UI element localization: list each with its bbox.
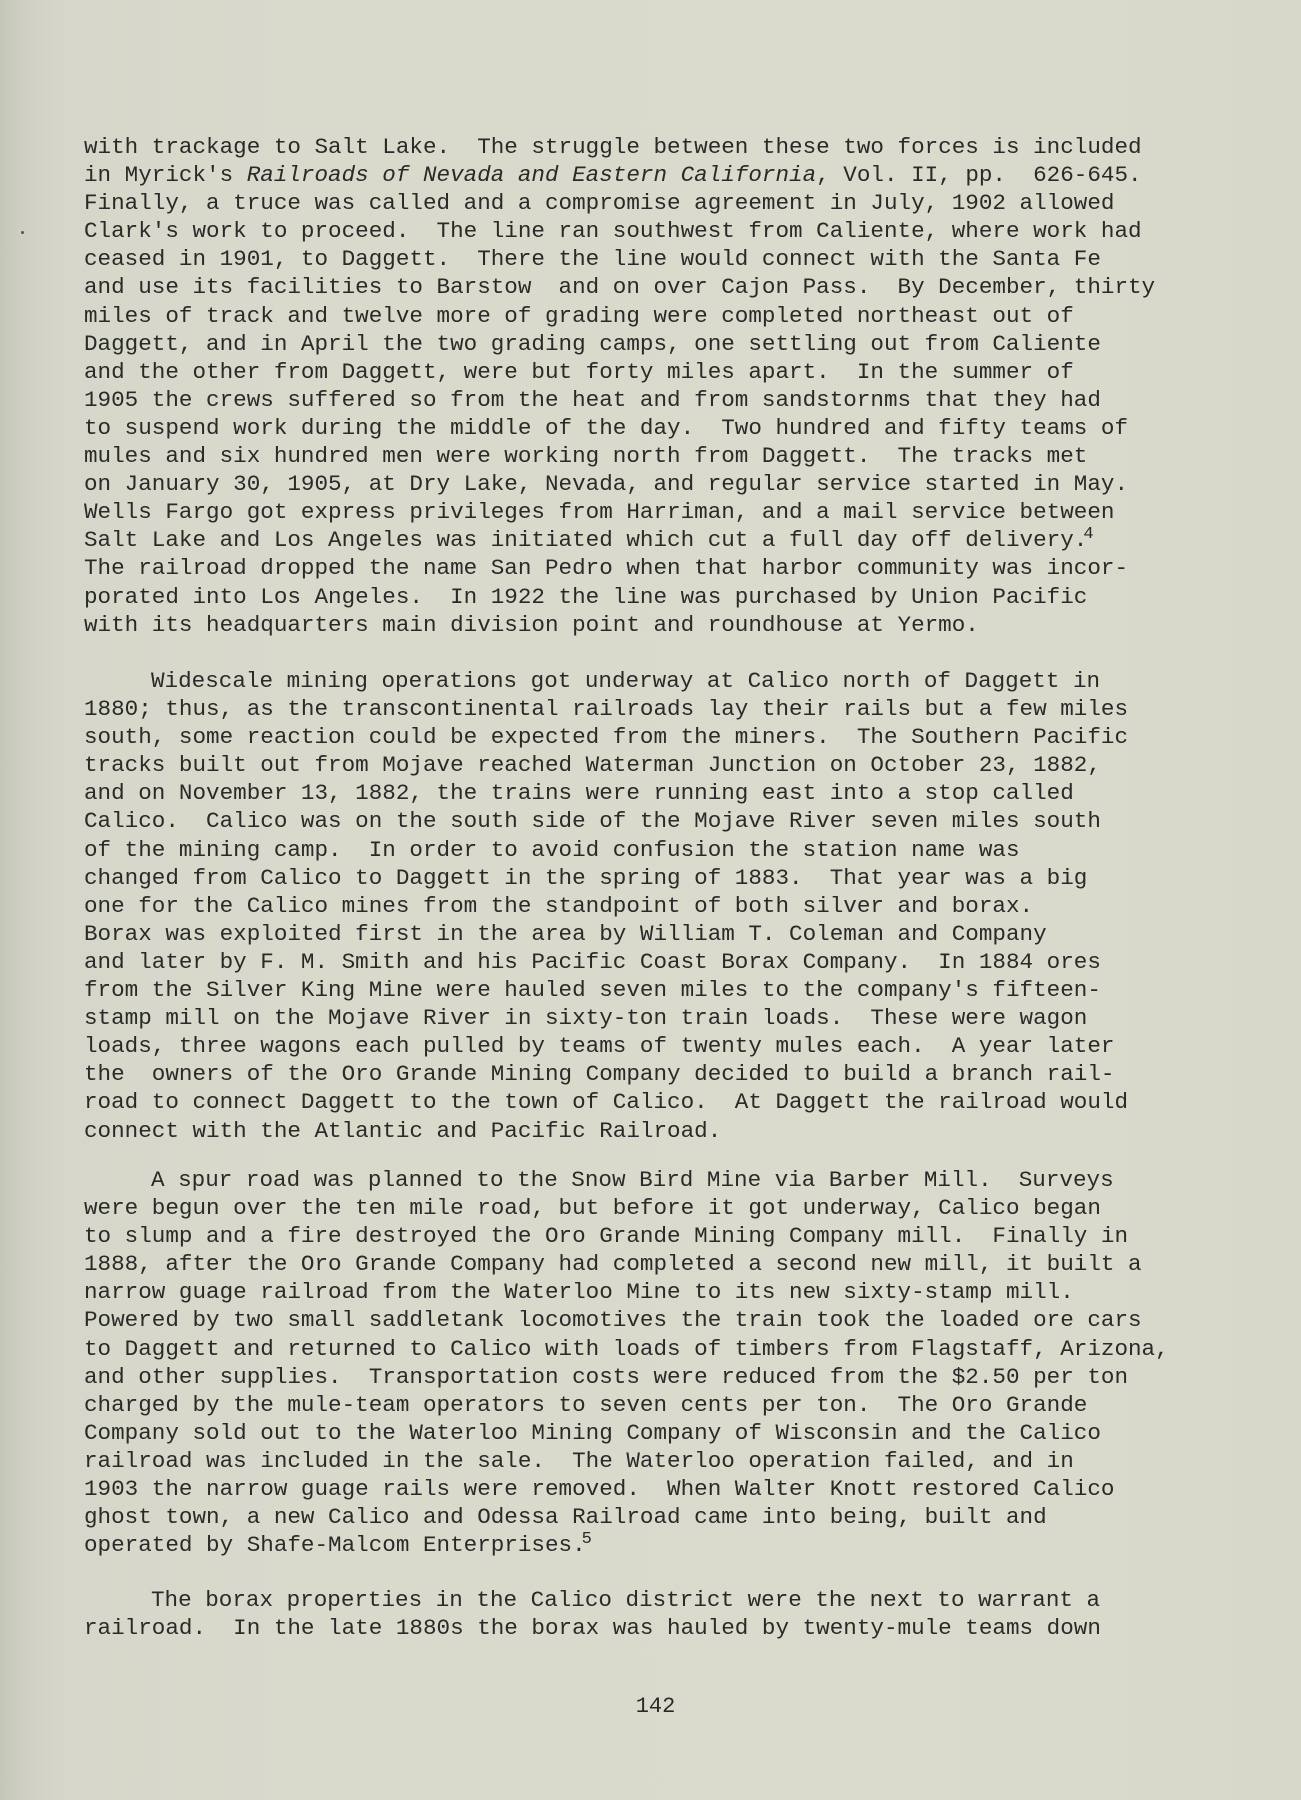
text-line: Clark's work to proceed. The line ran so…	[84, 217, 1284, 245]
text-line: 1888, after the Oro Grande Company had c…	[84, 1250, 1284, 1278]
text-line: changed from Calico to Daggett in the sp…	[84, 864, 1284, 892]
text-line: ghost town, a new Calico and Odessa Rail…	[84, 1503, 1284, 1531]
text-line: Powered by two small saddletank locomoti…	[84, 1306, 1284, 1334]
text-line: railroad was included in the sale. The W…	[84, 1447, 1284, 1475]
text-line: Daggett, and in April the two grading ca…	[84, 330, 1284, 358]
text-line: railroad. In the late 1880s the borax wa…	[84, 1614, 1284, 1642]
text-line: on January 30, 1905, at Dry Lake, Nevada…	[84, 470, 1284, 498]
footnote-marker: 4	[1083, 525, 1093, 544]
text-line: with trackage to Salt Lake. The struggle…	[84, 133, 1284, 161]
scan-speck	[21, 231, 24, 234]
text-line: Salt Lake and Los Angeles was initiated …	[84, 526, 1284, 554]
text-line: 1905 the crews suffered so from the heat…	[84, 386, 1284, 414]
text-line: charged by the mule-team operators to se…	[84, 1391, 1284, 1419]
text-line: loads, three wagons each pulled by teams…	[84, 1032, 1284, 1060]
text-line: to slump and a fire destroyed the Oro Gr…	[84, 1222, 1284, 1250]
text-line: operated by Shafe-Malcom Enterprises.5	[84, 1531, 1284, 1559]
text-line: and later by F. M. Smith and his Pacific…	[84, 948, 1284, 976]
paragraph-2: Widescale mining operations got underway…	[84, 667, 1284, 1145]
document-page: with trackage to Salt Lake. The struggle…	[0, 0, 1301, 1800]
text-line: A spur road was planned to the Snow Bird…	[84, 1166, 1284, 1194]
page-number: 142	[0, 1694, 1301, 1719]
footnote-marker: 5	[582, 1530, 592, 1549]
text-line: Borax was exploited first in the area by…	[84, 920, 1284, 948]
text-line: to Daggett and returned to Calico with l…	[84, 1335, 1284, 1363]
text-line: ceased in 1901, to Daggett. There the li…	[84, 245, 1284, 273]
text-line: The railroad dropped the name San Pedro …	[84, 554, 1284, 582]
text-line: were begun over the ten mile road, but b…	[84, 1194, 1284, 1222]
text-line: Calico. Calico was on the south side of …	[84, 807, 1284, 835]
text-line: 1903 the narrow guage rails were removed…	[84, 1475, 1284, 1503]
text-line: and other supplies. Transportation costs…	[84, 1363, 1284, 1391]
text-line: with its headquarters main division poin…	[84, 611, 1284, 639]
text-line: mules and six hundred men were working n…	[84, 442, 1284, 470]
paragraph-3: A spur road was planned to the Snow Bird…	[84, 1166, 1284, 1559]
text-line: Widescale mining operations got underway…	[84, 667, 1284, 695]
text-line: Wells Fargo got express privileges from …	[84, 498, 1284, 526]
text-line: stamp mill on the Mojave River in sixty-…	[84, 1004, 1284, 1032]
paragraph-1: with trackage to Salt Lake. The struggle…	[84, 133, 1284, 639]
text-line: Finally, a truce was called and a compro…	[84, 189, 1284, 217]
text-line: of the mining camp. In order to avoid co…	[84, 836, 1284, 864]
text-line: road to connect Daggett to the town of C…	[84, 1088, 1284, 1116]
text-line: miles of track and twelve more of gradin…	[84, 302, 1284, 330]
text-line: porated into Los Angeles. In 1922 the li…	[84, 583, 1284, 611]
text-line: south, some reaction could be expected f…	[84, 723, 1284, 751]
text-line: one for the Calico mines from the standp…	[84, 892, 1284, 920]
text-line: and on November 13, 1882, the trains wer…	[84, 779, 1284, 807]
text-line: Company sold out to the Waterloo Mining …	[84, 1419, 1284, 1447]
text-line: The borax properties in the Calico distr…	[84, 1586, 1284, 1614]
text-line: narrow guage railroad from the Waterloo …	[84, 1278, 1284, 1306]
text-line: 1880; thus, as the transcontinental rail…	[84, 695, 1284, 723]
text-line: and the other from Daggett, were but for…	[84, 358, 1284, 386]
text-line: in Myrick's Railroads of Nevada and East…	[84, 161, 1284, 189]
text-line: from the Silver King Mine were hauled se…	[84, 976, 1284, 1004]
text-line: tracks built out from Mojave reached Wat…	[84, 751, 1284, 779]
paragraph-4: The borax properties in the Calico distr…	[84, 1586, 1284, 1642]
text-line: the owners of the Oro Grande Mining Comp…	[84, 1060, 1284, 1088]
text-line: to suspend work during the middle of the…	[84, 414, 1284, 442]
book-title: Railroads of Nevada and Eastern Californ…	[247, 162, 816, 188]
text-line: and use its facilities to Barstow and on…	[84, 273, 1284, 301]
text-line: connect with the Atlantic and Pacific Ra…	[84, 1117, 1284, 1145]
